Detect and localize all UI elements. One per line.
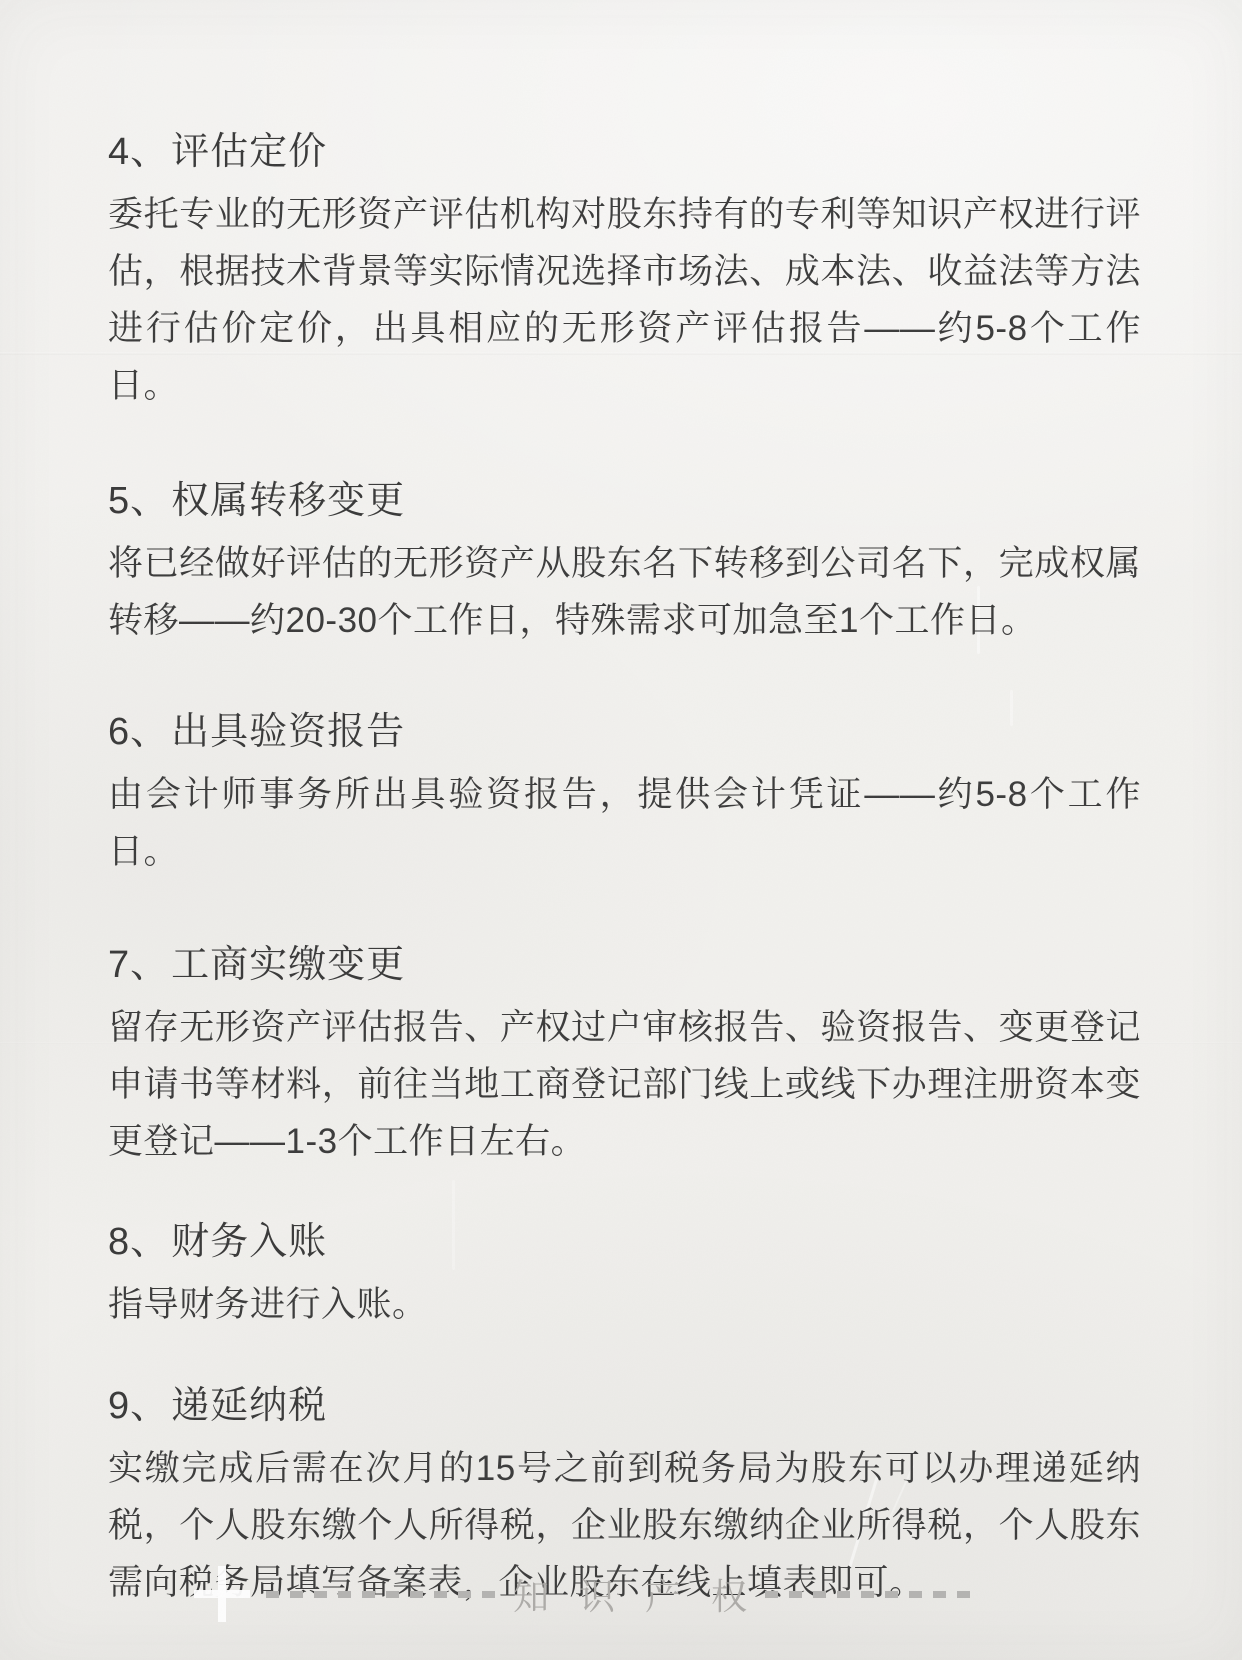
section-7: 7、工商实缴变更 留存无形资产评估报告、产权过户审核报告、验资报告、变更登记申请…: [108, 942, 1141, 1170]
paper-page: 4、评估定价 委托专业的无形资产评估机构对股东持有的专利等知识产权进行评估，根据…: [0, 0, 1242, 1660]
section-5: 5、权属转移变更 将已经做好评估的无形资产从股东名下转移到公司名下，完成权属转移…: [108, 478, 1141, 649]
section-4: 4、评估定价 委托专业的无形资产评估机构对股东持有的专利等知识产权进行评估，根据…: [108, 129, 1141, 414]
section-9-title: 递延纳税: [171, 1385, 327, 1427]
section-8-number: 8、: [108, 1221, 169, 1263]
section-6-heading: 6、出具验资报告: [108, 709, 1141, 755]
section-5-heading: 5、权属转移变更: [108, 478, 1141, 524]
dashed-line-right: [765, 1591, 970, 1598]
section-7-body: 留存无形资产评估报告、产权过户审核报告、验资报告、变更登记申请书等材料，前往当地…: [108, 999, 1141, 1170]
section-7-title: 工商实缴变更: [171, 944, 405, 986]
section-5-body: 将已经做好评估的无形资产从股东名下转移到公司名下，完成权属转移——约20-30个…: [108, 535, 1141, 649]
section-8-heading: 8、财务入账: [108, 1219, 1141, 1265]
section-6: 6、出具验资报告 由会计师事务所出具验资报告，提供会计凭证——约5-8个工作日。: [108, 709, 1141, 880]
section-9-number: 9、: [108, 1385, 169, 1427]
section-4-title: 评估定价: [171, 131, 327, 173]
footer: 知识产权: [194, 1562, 970, 1626]
plus-icon: [194, 1566, 250, 1622]
dashed-line-left: [266, 1591, 495, 1598]
section-9-heading: 9、递延纳税: [108, 1383, 1141, 1429]
section-7-heading: 7、工商实缴变更: [108, 942, 1141, 988]
section-7-number: 7、: [108, 944, 169, 986]
section-6-title: 出具验资报告: [171, 711, 405, 753]
section-8-body: 指导财务进行入账。: [108, 1276, 1141, 1333]
document-content: 4、评估定价 委托专业的无形资产评估机构对股东持有的专利等知识产权进行评估，根据…: [0, 0, 1141, 1611]
section-8: 8、财务入账 指导财务进行入账。: [108, 1219, 1141, 1333]
section-5-number: 5、: [108, 480, 169, 522]
section-5-title: 权属转移变更: [171, 480, 405, 522]
footer-label: 知识产权: [513, 1569, 777, 1620]
section-6-body: 由会计师事务所出具验资报告，提供会计凭证——约5-8个工作日。: [108, 766, 1141, 880]
section-4-number: 4、: [108, 131, 169, 173]
section-4-body: 委托专业的无形资产评估机构对股东持有的专利等知识产权进行评估，根据技术背景等实际…: [108, 186, 1141, 414]
section-8-title: 财务入账: [171, 1221, 327, 1263]
section-6-number: 6、: [108, 711, 169, 753]
section-4-heading: 4、评估定价: [108, 129, 1141, 175]
